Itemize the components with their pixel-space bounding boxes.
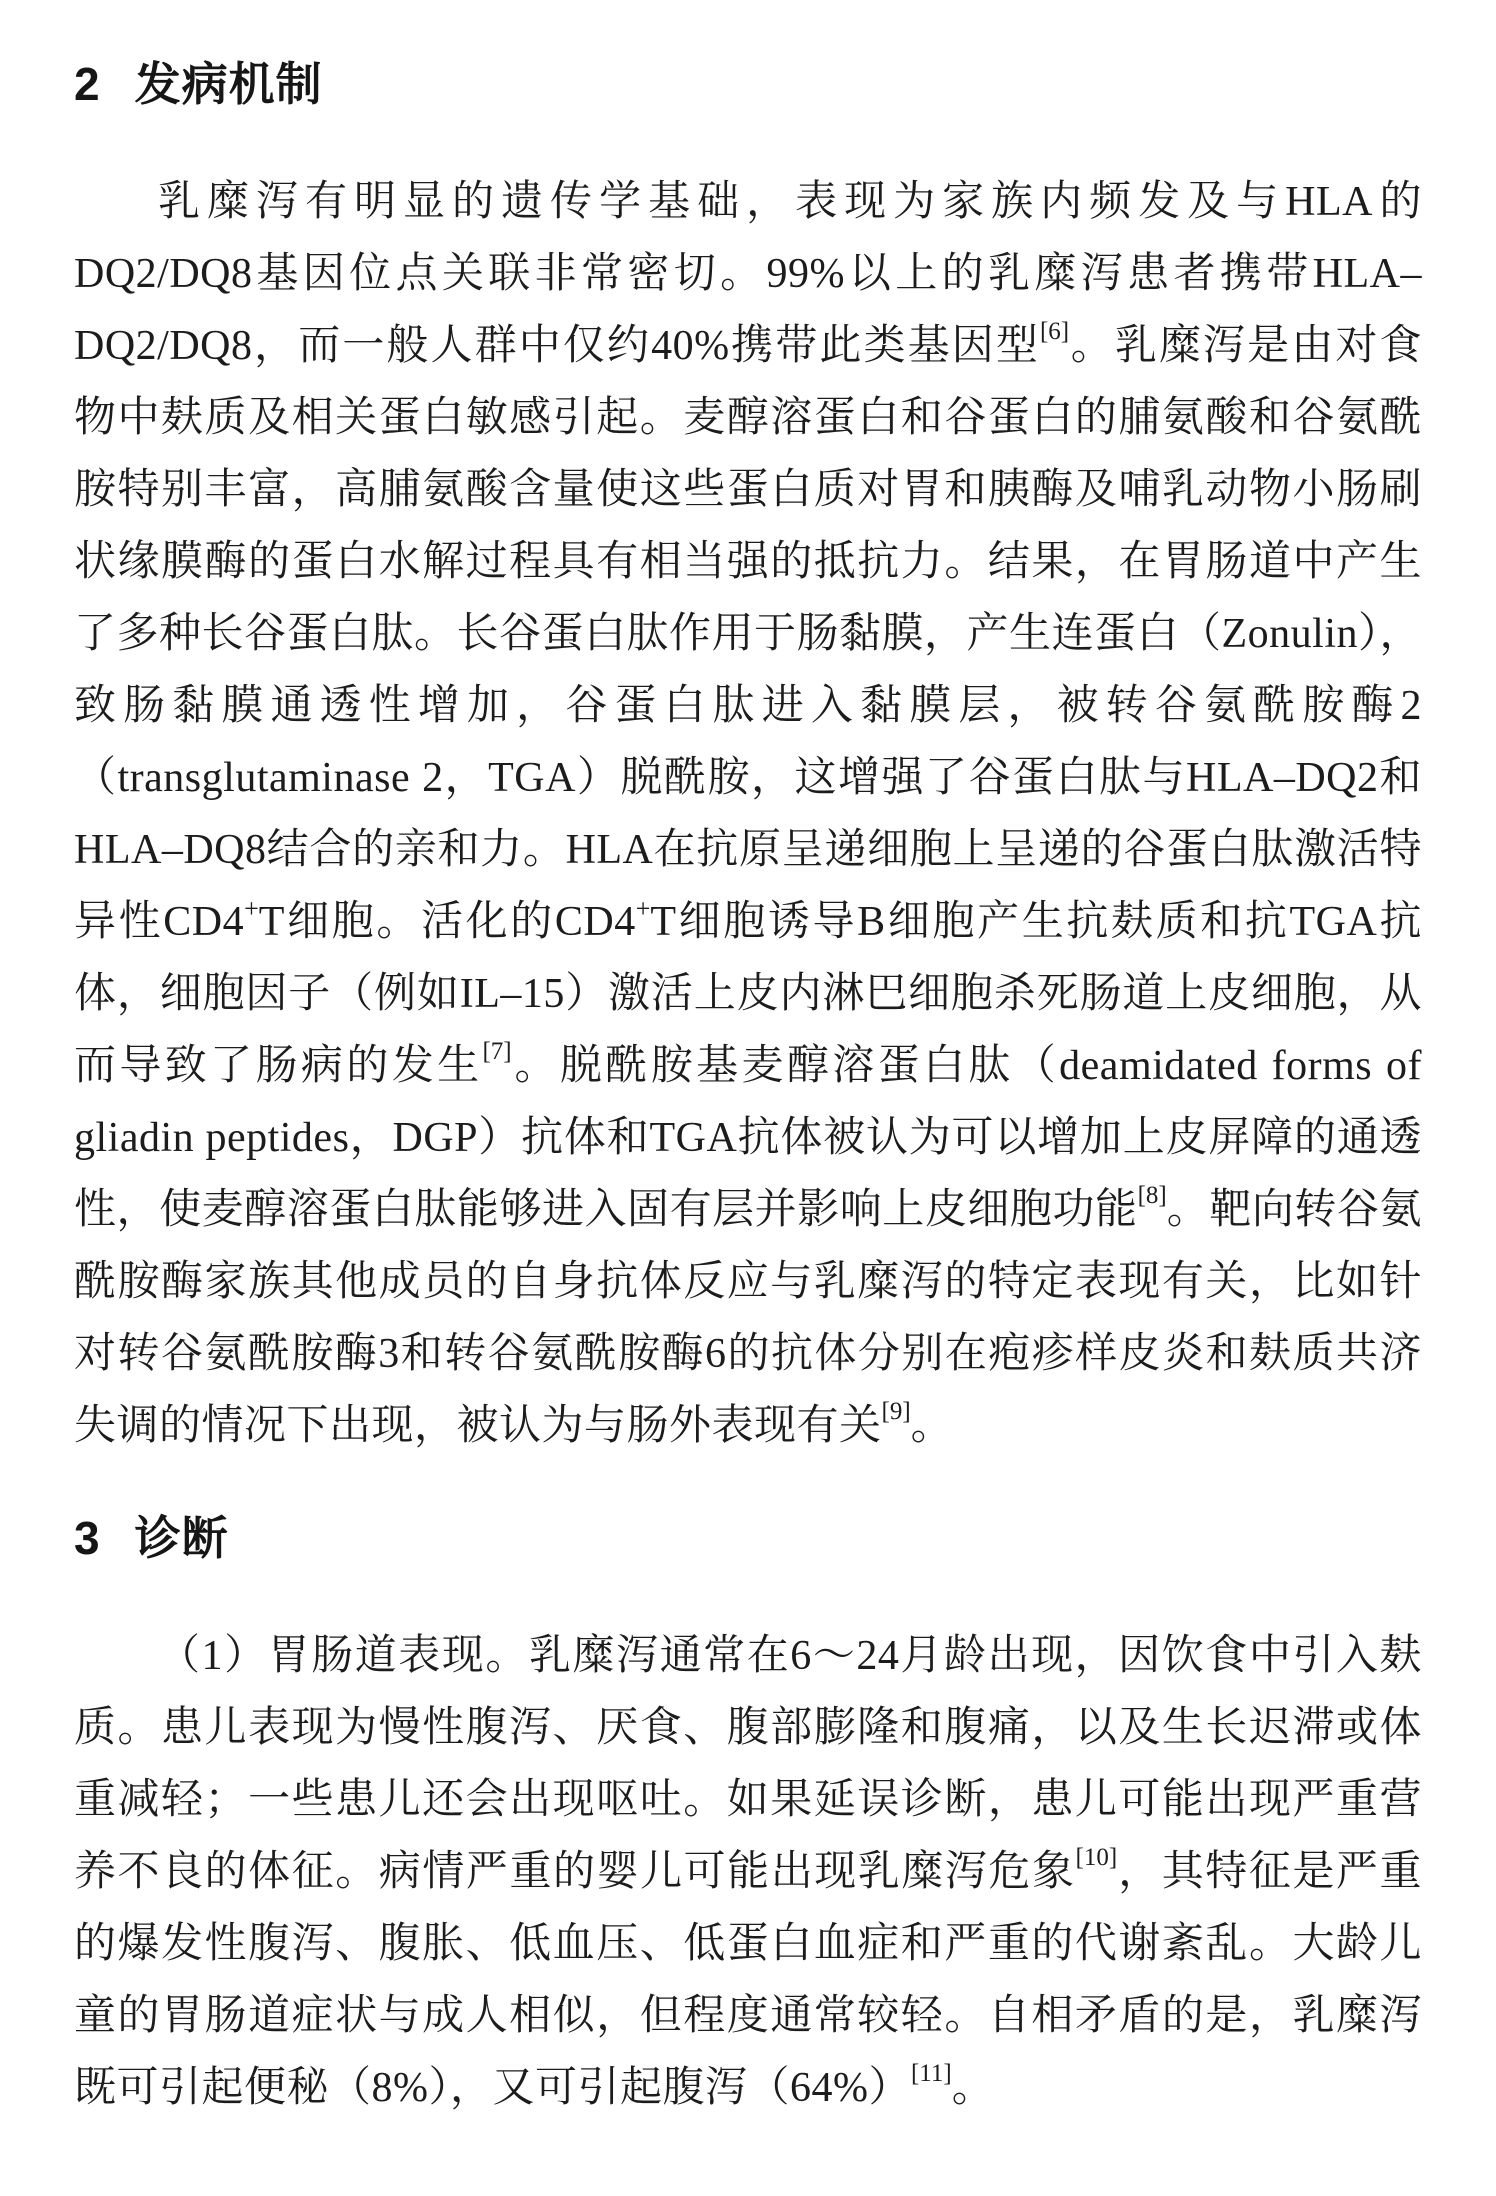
citation-ref: [11]	[911, 2060, 952, 2087]
section-heading: 2发病机制	[74, 58, 1422, 110]
section-pathogenesis: 2发病机制 乳糜泻有明显的遗传学基础，表现为家族内频发及与HLA的DQ2/DQ8…	[74, 58, 1422, 1462]
section-number: 2	[74, 58, 101, 110]
body-paragraph: （1）胃肠道表现。乳糜泻通常在6～24月龄出现，因饮食中引入麸质。患儿表现为慢性…	[74, 1620, 1422, 2124]
text-run: T细胞。活化的CD4	[259, 899, 636, 945]
text-run: 。	[952, 2065, 995, 2111]
superscript-plus: +	[244, 894, 259, 923]
text-run: 。	[911, 1403, 954, 1449]
body-paragraph: 乳糜泻有明显的遗传学基础，表现为家族内频发及与HLA的DQ2/DQ8基因位点关联…	[74, 166, 1422, 1462]
citation-ref: [7]	[482, 1038, 511, 1065]
section-title: 发病机制	[135, 58, 323, 110]
superscript-plus: +	[636, 894, 651, 923]
citation-ref: [9]	[882, 1398, 911, 1425]
section-diagnosis: 3诊断 （1）胃肠道表现。乳糜泻通常在6～24月龄出现，因饮食中引入麸质。患儿表…	[74, 1512, 1422, 2124]
section-heading: 3诊断	[74, 1512, 1422, 1564]
citation-ref: [6]	[1040, 318, 1069, 345]
section-number: 3	[74, 1512, 101, 1564]
citation-ref: [8]	[1138, 1182, 1167, 1209]
document-page: 2发病机制 乳糜泻有明显的遗传学基础，表现为家族内频发及与HLA的DQ2/DQ8…	[0, 0, 1496, 2196]
section-title: 诊断	[135, 1512, 229, 1564]
text-run: 。乳糜泻是由对食物中麸质及相关蛋白敏感引起。麦醇溶蛋白和谷蛋白的脯氨酸和谷氨酰胺…	[74, 323, 1422, 945]
citation-ref: [10]	[1076, 1844, 1118, 1871]
